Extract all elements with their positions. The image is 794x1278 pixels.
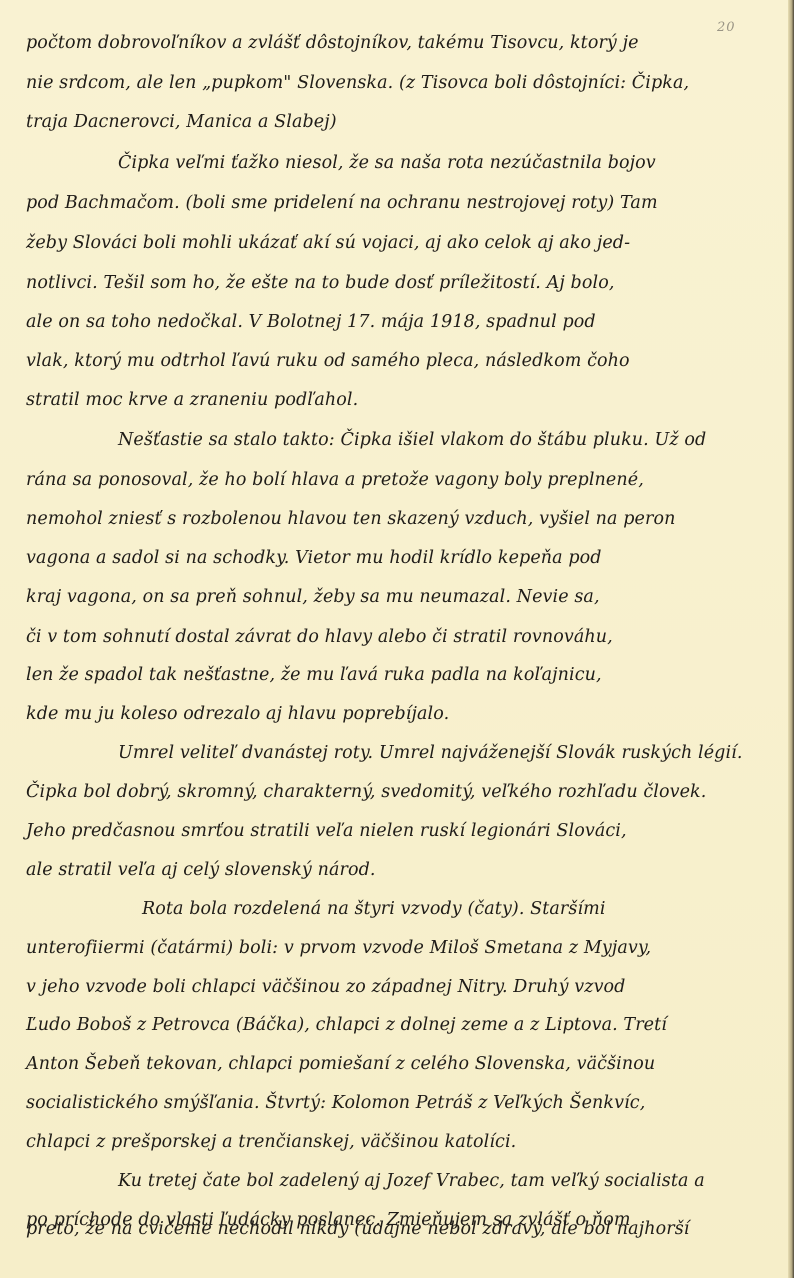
- text-line: či v tom sohnutí dostal závrat do hlavy …: [26, 626, 786, 648]
- page-edge-shadow: [788, 0, 794, 1278]
- text-line: len že spadol tak nešťastne, že mu ľavá …: [26, 664, 786, 686]
- text-line: žeby Slováci boli mohli ukázať akí sú vo…: [26, 232, 786, 254]
- text-line: traja Dacnerovci, Manica a Slabej): [26, 111, 786, 133]
- text-line: Čipka bol dobrý, skromný, charakterný, s…: [26, 781, 786, 803]
- text-line: počtom dobrovoľníkov a zvlášť dôstojníko…: [26, 32, 786, 54]
- text-line: preto, že na cvičenie nechodil nikdy (úd…: [26, 1218, 786, 1240]
- text-line: vlak, ktorý mu odtrhol ľavú ruku od samé…: [26, 350, 786, 372]
- text-line: notlivci. Tešil som ho, že ešte na to bu…: [26, 272, 786, 294]
- manuscript-page: 20 počtom dobrovoľníkov a zvlášť dôstojn…: [0, 0, 794, 1278]
- text-line: Nešťastie sa stalo takto: Čipka išiel vl…: [118, 429, 786, 451]
- text-line: vagona a sadol si na schodky. Vietor mu …: [26, 547, 786, 569]
- text-line: nie srdcom, ale len „pupkom" Slovenska. …: [26, 72, 786, 94]
- text-line: rána sa ponosoval, že ho bolí hlava a pr…: [26, 469, 786, 491]
- text-line: kde mu ju koleso odrezalo aj hlavu popre…: [26, 703, 786, 725]
- text-line: kraj vagona, on sa preň sohnul, žeby sa …: [26, 586, 786, 608]
- text-line: Rota bola rozdelená na štyri vzvody (čat…: [142, 898, 786, 920]
- text-line: v jeho vzvode boli chlapci väčšinou zo z…: [26, 976, 786, 998]
- text-line: Anton Šebeň tekovan, chlapci pomiešaní z…: [26, 1053, 786, 1075]
- text-line: ale stratil veľa aj celý slovenský národ…: [26, 859, 786, 881]
- text-line: nemohol zniesť s rozbolenou hlavou ten s…: [26, 508, 786, 530]
- text-line: Ku tretej čate bol zadelený aj Jozef Vra…: [118, 1170, 786, 1192]
- text-line: Ľudo Boboš z Petrovca (Báčka), chlapci z…: [26, 1014, 786, 1036]
- text-line: pod Bachmačom. (boli sme pridelení na oc…: [26, 192, 786, 214]
- text-line: stratil moc krve a zraneniu podľahol.: [26, 389, 786, 411]
- text-line: ale on sa toho nedočkal. V Bolotnej 17. …: [26, 311, 786, 333]
- text-line: chlapci z prešporskej a trenčianskej, vä…: [26, 1131, 786, 1153]
- text-line: Jeho predčasnou smrťou stratili veľa nie…: [26, 820, 786, 842]
- text-line: unterofiiermi (čatármi) boli: v prvom vz…: [26, 937, 786, 959]
- text-line: socialistického smýšľania. Štvrtý: Kolom…: [26, 1092, 786, 1114]
- text-line: Čipka veľmi ťažko niesol, že sa naša rot…: [118, 152, 786, 174]
- text-line: Umrel veliteľ dvanástej roty. Umrel najv…: [118, 742, 786, 764]
